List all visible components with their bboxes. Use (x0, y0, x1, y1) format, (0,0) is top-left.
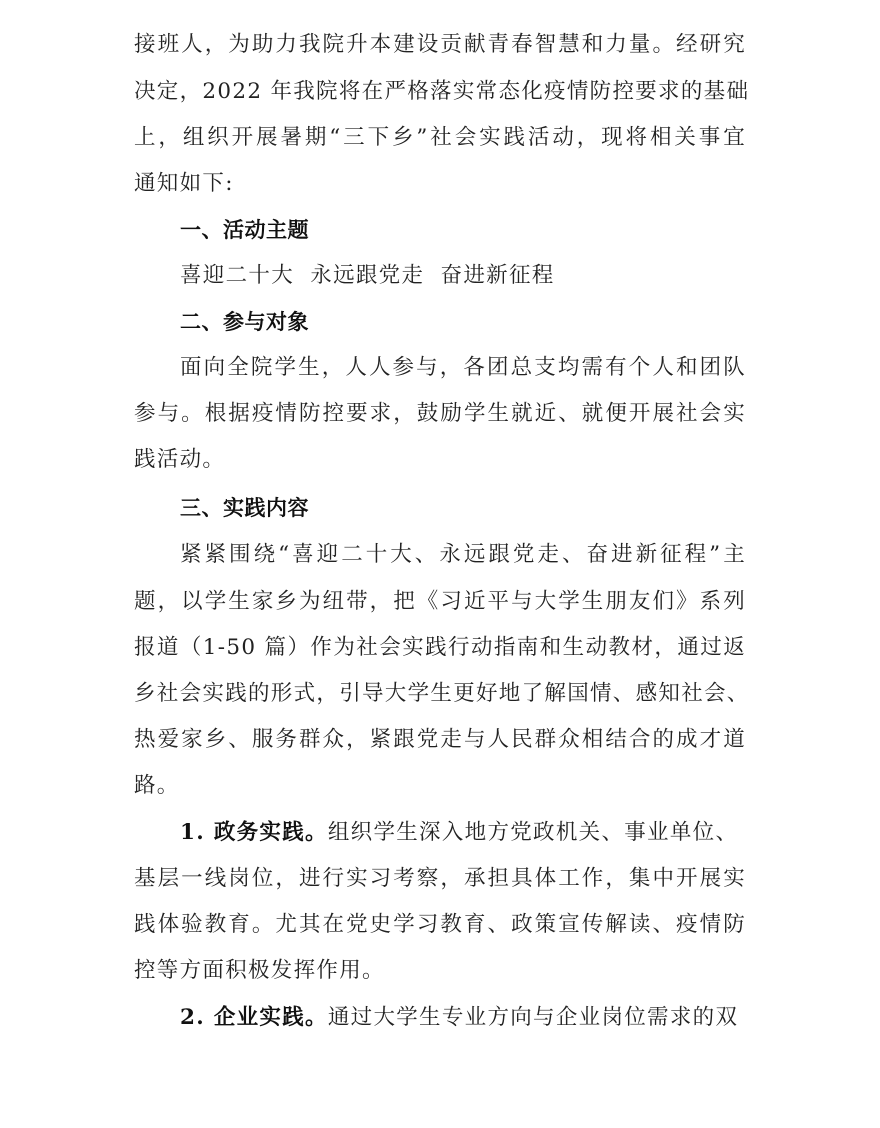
body-text-line: 践活动。 (134, 443, 754, 477)
body-text-line: 基层一线岗位，进行实习考察，承担具体工作，集中开展实 (134, 862, 746, 896)
document-page: 接班人，为助力我院升本建设贡献青春智慧和力量。经研究 决定，2022 年我院将在… (0, 0, 880, 1128)
theme-text: 喜迎二十大 永远跟党走 奋进新征程 (180, 259, 746, 293)
body-text-line: 面向全院学生，人人参与，各团总支均需有个人和团队 (180, 351, 746, 385)
item-enterprise-practice: 2. 企业实践。通过大学生专业方向与企业岗位需求的双 (180, 1001, 746, 1035)
item-lead-label: 1. 政务实践。 (180, 820, 328, 845)
body-text-line: 接班人，为助力我院升本建设贡献青春智慧和力量。经研究 (134, 28, 746, 62)
body-text-line: 通知如下: (134, 167, 754, 201)
item-text: 通过大学生专业方向与企业岗位需求的双 (328, 1005, 738, 1030)
section-heading-theme: 一、活动主题 (180, 213, 746, 247)
section-heading-content: 三、实践内容 (180, 491, 746, 525)
item-lead-label: 2. 企业实践。 (180, 1005, 328, 1030)
item-text: 组织学生深入地方党政机关、事业单位、 (328, 820, 738, 845)
item-government-practice: 1. 政务实践。组织学生深入地方党政机关、事业单位、 (180, 816, 746, 850)
body-text-line: 热爱家乡、服务群众，紧跟党走与人民群众相结合的成才道 (134, 723, 746, 757)
body-text-line: 报道（1-50 篇）作为社会实践行动指南和生动教材，通过返 (134, 631, 746, 665)
body-text-line: 控等方面积极发挥作用。 (134, 954, 754, 988)
body-text-line: 决定，2022 年我院将在严格落实常态化疫情防控要求的基础 (134, 75, 746, 109)
body-text-line: 乡社会实践的形式，引导大学生更好地了解国情、感知社会、 (134, 677, 746, 711)
body-text-line: 践体验教育。尤其在党史学习教育、政策宣传解读、疫情防 (134, 908, 746, 942)
body-text-line: 紧紧围绕“喜迎二十大、永远跟党走、奋进新征程”主 (180, 538, 746, 572)
section-heading-participants: 二、参与对象 (180, 305, 746, 339)
body-text-line: 上，组织开展暑期“三下乡”社会实践活动，现将相关事宜 (134, 121, 746, 155)
body-text-line: 题，以学生家乡为纽带，把《习近平与大学生朋友们》系列 (134, 585, 746, 619)
body-text-line: 参与。根据疫情防控要求，鼓励学生就近、就便开展社会实 (134, 397, 746, 431)
body-text-line: 路。 (134, 769, 754, 803)
